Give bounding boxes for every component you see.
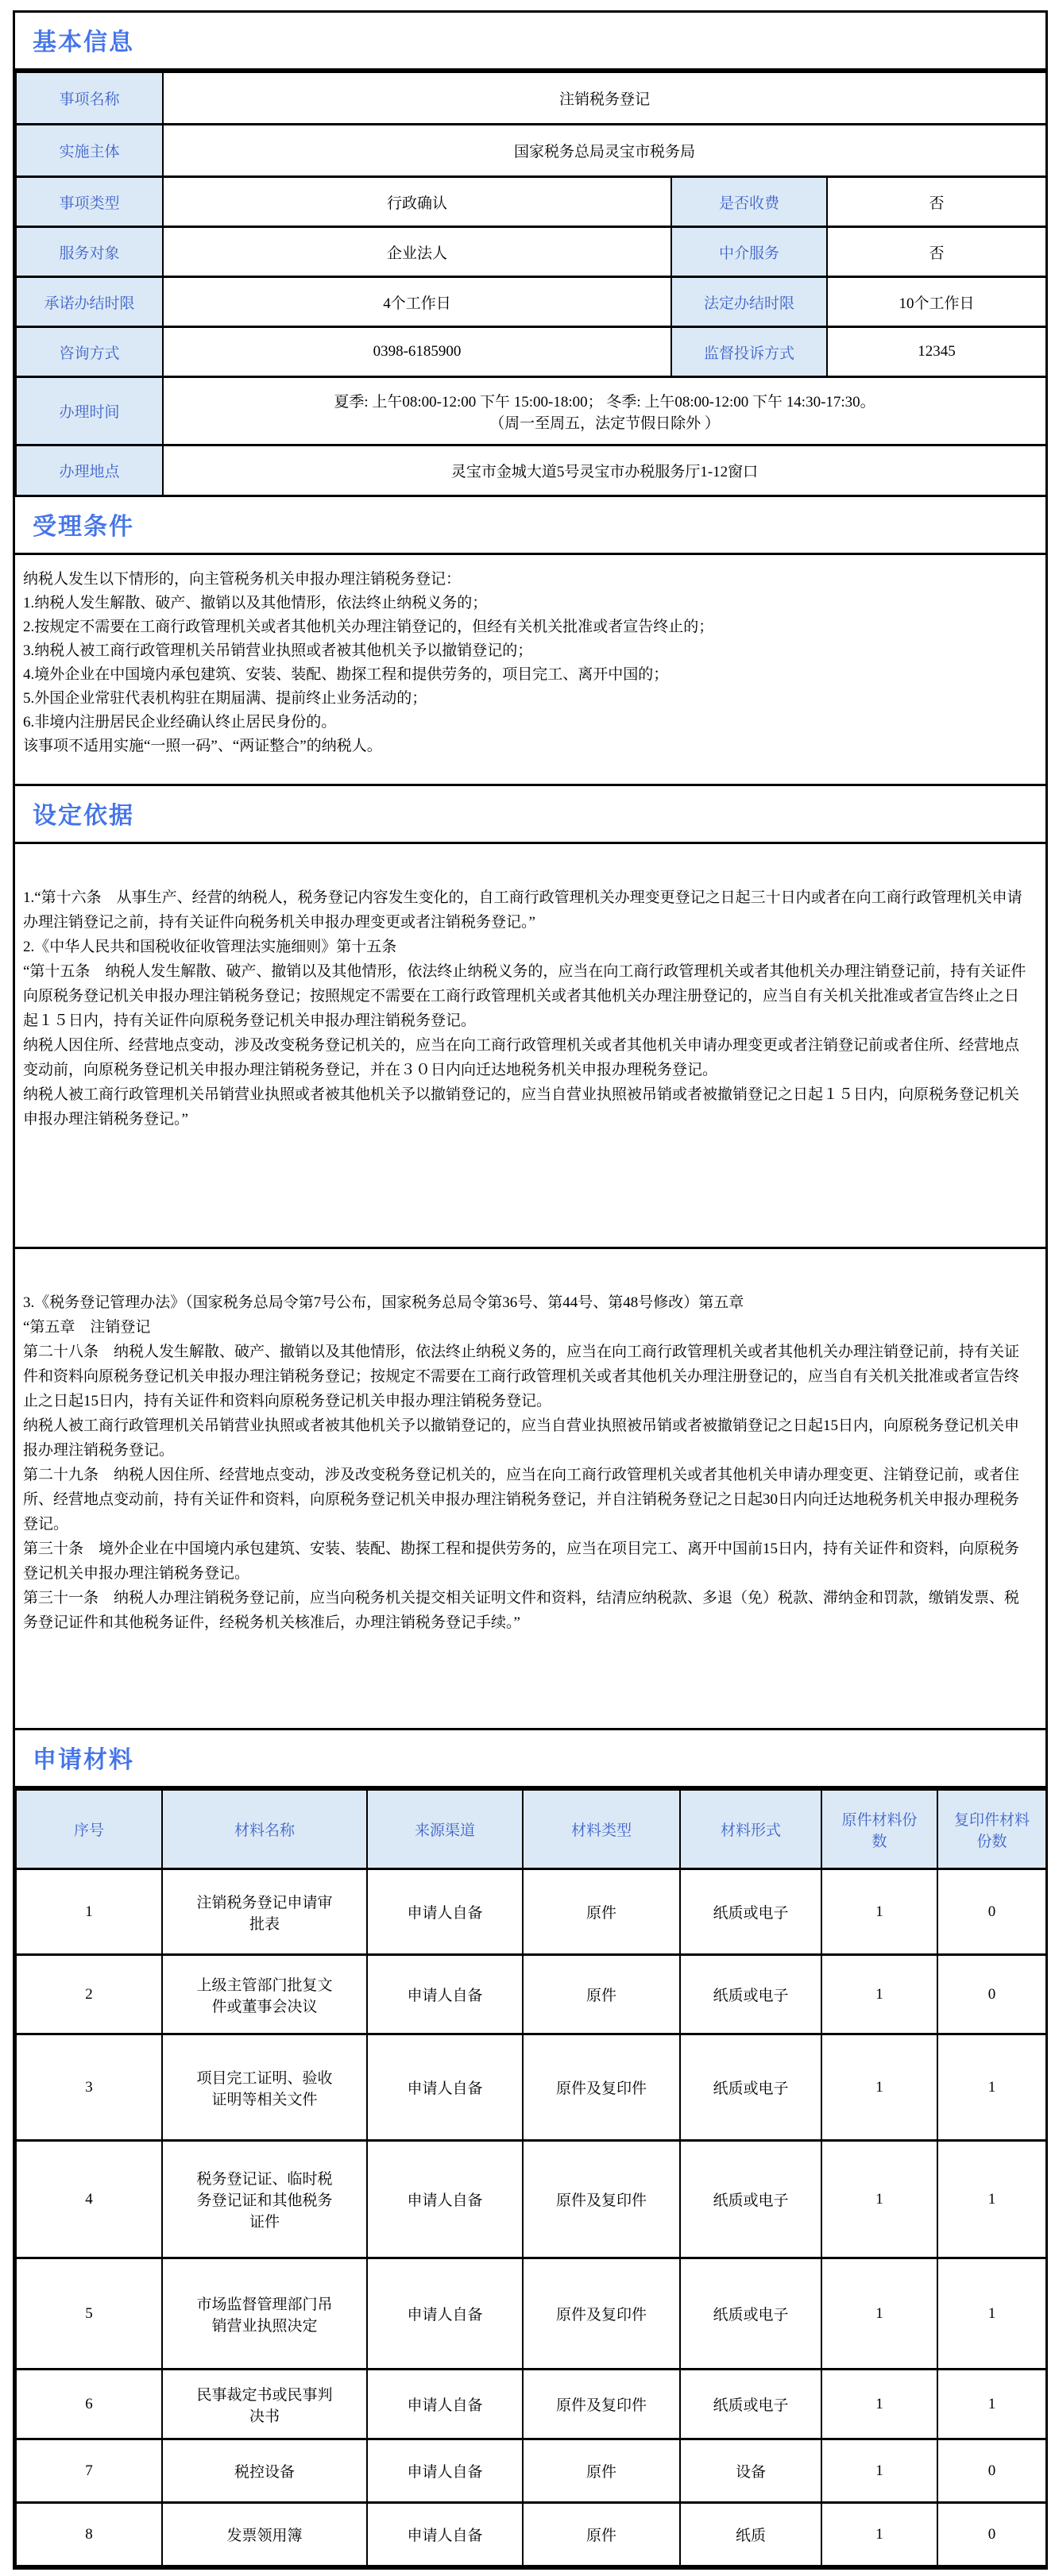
material-type: 原件及复印件 (523, 2258, 680, 2370)
field-label-implementing-body: 实施主体 (16, 125, 163, 177)
material-name: 税务登记证、临时税务登记证和其他税务证件 (162, 2141, 367, 2258)
material-row: 6 民事裁定书或民事判决书 申请人自备 原件及复印件 纸质或电子 1 1 (16, 2370, 1046, 2439)
material-original-count: 1 (821, 1955, 937, 2034)
table-row: 咨询方式 0398-6185900 监督投诉方式 12345 (16, 327, 1046, 377)
material-copy-count: 0 (937, 2503, 1046, 2566)
material-row: 2 上级主管部门批复文件或董事会决议 申请人自备 原件 纸质或电子 1 0 (16, 1955, 1046, 2034)
col-header-material-type: 材料类型 (523, 1790, 680, 1869)
material-original-count: 1 (821, 1869, 937, 1955)
material-form: 纸质或电子 (680, 2034, 821, 2141)
material-serial: 7 (16, 2439, 162, 2503)
table-row: 服务对象 企业法人 中介服务 否 (16, 227, 1046, 277)
col-header-material-form: 材料形式 (680, 1790, 821, 1869)
material-source: 申请人自备 (367, 1955, 523, 2034)
material-row: 8 发票领用簿 申请人自备 原件 纸质 1 0 (16, 2503, 1046, 2566)
basic-info-table: 事项名称 注销税务登记 实施主体 国家税务总局灵宝市税务局 事项类型 行政确认 … (15, 71, 1047, 497)
field-label-item-type: 事项类型 (16, 177, 163, 227)
field-label-office-hours: 办理时间 (16, 377, 163, 445)
material-serial: 5 (16, 2258, 162, 2370)
section-title-basic-info: 基本信息 (15, 13, 1045, 71)
material-type: 原件及复印件 (523, 2141, 680, 2258)
material-serial: 3 (16, 2034, 162, 2141)
material-type: 原件 (523, 1869, 680, 1955)
material-copy-count: 0 (937, 1955, 1046, 2034)
material-name: 民事裁定书或民事判决书 (162, 2370, 367, 2439)
material-original-count: 1 (821, 2141, 937, 2258)
material-type: 原件 (523, 2503, 680, 2566)
table-row: 事项类型 行政确认 是否收费 否 (16, 177, 1046, 227)
field-value-promised-time-limit: 4个工作日 (163, 277, 671, 327)
material-row: 1 注销税务登记申请审批表 申请人自备 原件 纸质或电子 1 0 (16, 1869, 1046, 1955)
material-name: 项目完工证明、验收证明等相关文件 (162, 2034, 367, 2141)
material-copy-count: 0 (937, 2439, 1046, 2503)
field-value-statutory-time-limit: 10个工作日 (827, 277, 1046, 327)
field-value-intermediary-service: 否 (827, 227, 1046, 277)
field-label-complaint-channel: 监督投诉方式 (671, 327, 827, 377)
material-type: 原件 (523, 2439, 680, 2503)
material-source: 申请人自备 (367, 2258, 523, 2370)
field-value-complaint-channel: 12345 (827, 327, 1046, 377)
material-copy-count: 1 (937, 2141, 1046, 2258)
material-row: 7 税控设备 申请人自备 原件 设备 1 0 (16, 2439, 1046, 2503)
section-title-legal-basis: 设定依据 (15, 786, 1045, 844)
table-row: 实施主体 国家税务总局灵宝市税务局 (16, 125, 1046, 177)
material-name: 税控设备 (162, 2439, 367, 2503)
material-original-count: 1 (821, 2034, 937, 2141)
material-source: 申请人自备 (367, 2034, 523, 2141)
col-header-photocopy-copies: 复印件材料份数 (937, 1790, 1046, 1869)
material-row: 4 税务登记证、临时税务登记证和其他税务证件 申请人自备 原件及复印件 纸质或电… (16, 2141, 1046, 2258)
material-form: 设备 (680, 2439, 821, 2503)
material-source: 申请人自备 (367, 2141, 523, 2258)
legal-basis-text-block-1: 1.“第十六条 从事生产、经营的纳税人，税务登记内容发生变化的，自工商行政管理机… (15, 844, 1045, 1249)
field-label-item-name: 事项名称 (16, 72, 163, 125)
material-form: 纸质或电子 (680, 1955, 821, 2034)
material-original-count: 1 (821, 2503, 937, 2566)
field-label-fee-charged: 是否收费 (671, 177, 827, 227)
material-original-count: 1 (821, 2370, 937, 2439)
field-label-consultation-phone: 咨询方式 (16, 327, 163, 377)
material-type: 原件及复印件 (523, 2034, 680, 2141)
table-row: 事项名称 注销税务登记 (16, 72, 1046, 125)
service-info-sheet: 基本信息 事项名称 注销税务登记 实施主体 国家税务总局灵宝市税务局 事项类型 … (13, 10, 1048, 2570)
section-title-acceptance-conditions: 受理条件 (15, 497, 1045, 555)
col-header-serial-no: 序号 (16, 1790, 162, 1869)
table-row: 办理地点 灵宝市金城大道5号灵宝市办税服务厅1-12窗口 (16, 445, 1046, 496)
material-serial: 8 (16, 2503, 162, 2566)
material-form: 纸质或电子 (680, 1869, 821, 1955)
material-name: 上级主管部门批复文件或董事会决议 (162, 1955, 367, 2034)
material-source: 申请人自备 (367, 2370, 523, 2439)
field-value-implementing-body: 国家税务总局灵宝市税务局 (163, 125, 1046, 177)
field-label-office-location: 办理地点 (16, 445, 163, 496)
field-value-item-type: 行政确认 (163, 177, 671, 227)
material-source: 申请人自备 (367, 1869, 523, 1955)
material-copy-count: 1 (937, 2370, 1046, 2439)
materials-header-row: 序号 材料名称 来源渠道 材料类型 材料形式 原件材料份数 复印件材料份数 (16, 1790, 1046, 1869)
field-label-service-target: 服务对象 (16, 227, 163, 277)
material-serial: 2 (16, 1955, 162, 2034)
material-copy-count: 0 (937, 1869, 1046, 1955)
material-copy-count: 1 (937, 2034, 1046, 2141)
material-form: 纸质或电子 (680, 2370, 821, 2439)
material-original-count: 1 (821, 2439, 937, 2503)
col-header-original-copies: 原件材料份数 (821, 1790, 937, 1869)
application-materials-table: 序号 材料名称 来源渠道 材料类型 材料形式 原件材料份数 复印件材料份数 1 … (15, 1788, 1047, 2567)
col-header-source-channel: 来源渠道 (367, 1790, 523, 1869)
material-name: 注销税务登记申请审批表 (162, 1869, 367, 1955)
material-name: 发票领用簿 (162, 2503, 367, 2566)
field-label-promised-time-limit: 承诺办结时限 (16, 277, 163, 327)
material-copy-count: 1 (937, 2258, 1046, 2370)
material-row: 5 市场监督管理部门吊销营业执照决定 申请人自备 原件及复印件 纸质或电子 1 … (16, 2258, 1046, 2370)
legal-basis-text-block-2: 3.《税务登记管理办法》（国家税务总局令第7号公布，国家税务总局令第36号、第4… (15, 1249, 1045, 1730)
material-source: 申请人自备 (367, 2439, 523, 2503)
material-serial: 6 (16, 2370, 162, 2439)
field-value-fee-charged: 否 (827, 177, 1046, 227)
material-row: 3 项目完工证明、验收证明等相关文件 申请人自备 原件及复印件 纸质或电子 1 … (16, 2034, 1046, 2141)
field-value-item-name: 注销税务登记 (163, 72, 1046, 125)
field-value-service-target: 企业法人 (163, 227, 671, 277)
material-form: 纸质或电子 (680, 2258, 821, 2370)
material-serial: 4 (16, 2141, 162, 2258)
field-value-office-hours: 夏季: 上午08:00-12:00 下午 15:00-18:00； 冬季: 上午… (163, 377, 1046, 445)
field-value-consultation-phone: 0398-6185900 (163, 327, 671, 377)
material-name: 市场监督管理部门吊销营业执照决定 (162, 2258, 367, 2370)
col-header-material-name: 材料名称 (162, 1790, 367, 1869)
material-serial: 1 (16, 1869, 162, 1955)
field-value-office-location: 灵宝市金城大道5号灵宝市办税服务厅1-12窗口 (163, 445, 1046, 496)
section-title-application-materials: 申请材料 (15, 1730, 1045, 1788)
material-original-count: 1 (821, 2258, 937, 2370)
table-row: 办理时间 夏季: 上午08:00-12:00 下午 15:00-18:00； 冬… (16, 377, 1046, 445)
material-form: 纸质或电子 (680, 2141, 821, 2258)
table-row: 承诺办结时限 4个工作日 法定办结时限 10个工作日 (16, 277, 1046, 327)
material-source: 申请人自备 (367, 2503, 523, 2566)
material-type: 原件及复印件 (523, 2370, 680, 2439)
field-label-statutory-time-limit: 法定办结时限 (671, 277, 827, 327)
acceptance-conditions-text: 纳税人发生以下情形的，向主管税务机关申报办理注销税务登记： 1.纳税人发生解散、… (15, 555, 1045, 786)
field-label-intermediary-service: 中介服务 (671, 227, 827, 277)
material-form: 纸质 (680, 2503, 821, 2566)
material-type: 原件 (523, 1955, 680, 2034)
